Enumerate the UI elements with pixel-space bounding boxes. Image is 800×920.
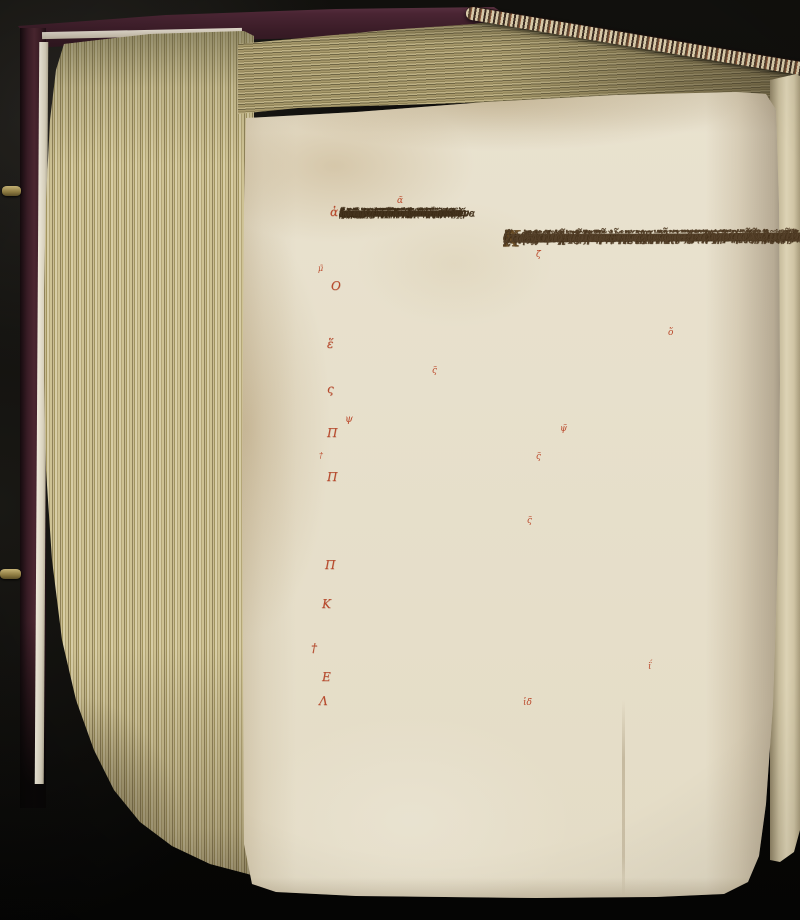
rubric-mark: ς̃: [536, 452, 541, 462]
rubric-mark: ἱδ̃: [523, 698, 532, 708]
rubric-mark: ΐ: [648, 662, 652, 672]
rubric-mark: ὅ: [668, 328, 673, 338]
rubric-mark: ζ̃: [536, 250, 541, 260]
rubric-mark: ς̃: [432, 366, 437, 376]
rubric-mark: ψ: [345, 414, 353, 425]
rubric-mark: ψ̃: [560, 424, 567, 434]
rubric-mark: μ̃: [318, 264, 323, 273]
manuscript-photo: ξυ τῶν τόλε ἀδέων· τῶνἐὰν τὸ λέλω· ὧδ᾽ ἐ…: [0, 0, 800, 920]
rubric-mark: †: [319, 451, 323, 460]
rubric-mark: ᾶ: [397, 196, 403, 206]
rubric-marks-layer: ᾶμ̃ς̃ψ†ζ̃ὅψ̃ς̃ς̃ΐἱδ̃: [0, 0, 800, 920]
rubric-mark: ς̃: [527, 516, 532, 526]
